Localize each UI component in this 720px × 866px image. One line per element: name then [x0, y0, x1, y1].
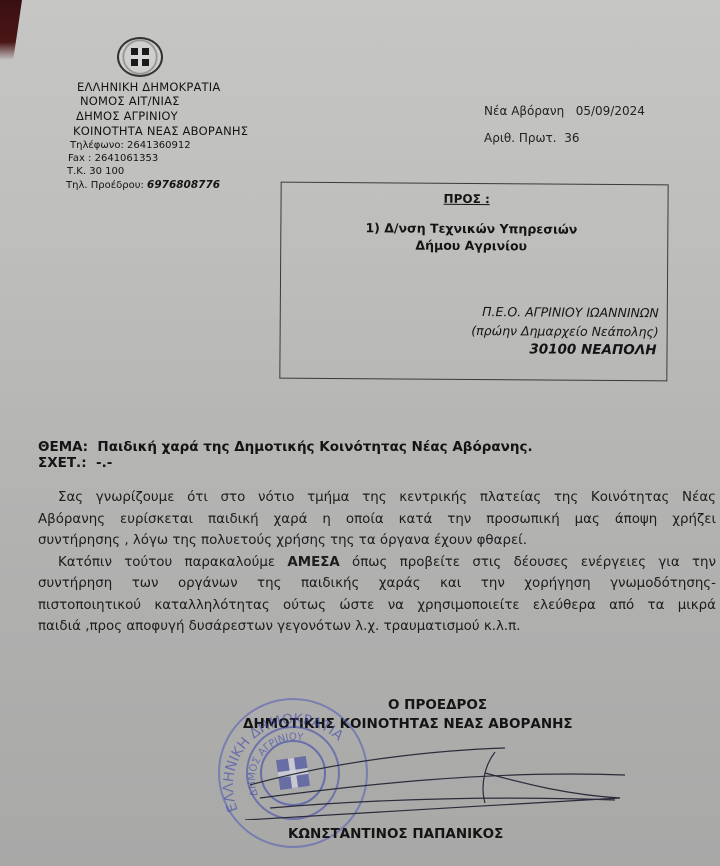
header-line-republic: ΕΛΛΗΝΙΚΗ ΔΗΜΟΚΡΑΤΙΑ — [77, 80, 220, 94]
desk-background-corner — [0, 0, 22, 60]
subject-label: ΘΕΜΑ: — [38, 439, 88, 455]
recipient-line-2: Δήμου Αγρινίου — [341, 237, 601, 254]
body-p2-line-3: πιστοποιητικού καταλληλότητας ούτως ώστε… — [38, 595, 716, 617]
subject-text: Παιδική χαρά της Δημοτικής Κοινότητας Νέ… — [97, 439, 532, 455]
signatory-name: ΚΩΝΣΤΑΝΤΙΝΟΣ ΠΑΠΑΝΙΚΟΣ — [288, 826, 503, 842]
header-fax: Fax : 2641061353 — [68, 153, 158, 164]
header-president-phone: Τηλ. Προέδρου: 6976808776 — [66, 179, 220, 191]
protocol-value: 36 — [564, 131, 579, 145]
greek-coat-of-arms-icon — [117, 37, 163, 77]
recipient-address-1: Π.Ε.Ο. ΑΓΡΙΝΙΟΥ ΙΩΑΝΝΙΝΩΝ — [482, 304, 659, 320]
body-p2-line-2: συντήρηση των οργάνων της παιδικής χαράς… — [38, 573, 716, 595]
protocol-label: Αριθ. Πρωτ. — [484, 131, 557, 145]
protocol-number: Αριθ. Πρωτ. 36 — [484, 131, 580, 145]
recipient-box: ΠΡΟΣ : 1) Δ/νση Τεχνικών Υπηρεσιών Δήμου… — [279, 182, 668, 382]
body-p2-before: Κατόπιν τούτου παρακαλούμε — [58, 555, 287, 570]
body-p2-after: όπως προβείτε στις δέουσες ενέργειες για… — [340, 555, 716, 570]
recipient-heading: ΠΡΟΣ : — [444, 192, 490, 206]
body-p1-line-2: Αβόρανης ευρίσκεται παιδική χαρά η οποία… — [38, 509, 716, 531]
recipient-line-1: 1) Δ/νση Τεχνικών Υπηρεσιών — [341, 220, 601, 237]
recipient-address-3: 30100 ΝΕΑΠΟΛΗ — [529, 341, 656, 358]
body-p2-emphasis: ΑΜΕΣΑ — [287, 555, 339, 570]
handwritten-signature — [240, 740, 640, 820]
header-phone: Τηλέφωνο: 2641360912 — [70, 140, 191, 151]
document-page: ΕΛΛΗΝΙΚΗ ΔΗΜΟΚΡΑΤΙΑ ΝΟΜΟΣ ΑΙΤ/ΝΙΑΣ ΔΗΜΟΣ… — [0, 0, 720, 866]
signature-title: Ο ΠΡΟΕΔΡΟΣ — [388, 697, 487, 713]
reference-label: ΣΧΕΤ.: — [38, 455, 87, 471]
recipient-address-2: (πρώην Δημαρχείο Νεάπολης) — [471, 323, 658, 339]
place: Νέα Αβόρανη — [484, 104, 564, 118]
reference-line: ΣΧΕΤ.: -.- — [38, 455, 112, 471]
header-line-municipality: ΔΗΜΟΣ ΑΓΡΙΝΙΟΥ — [76, 109, 178, 123]
date: 05/09/2024 — [576, 104, 645, 118]
body-p2-line-4: παιδιά ,προς αποφυγή δυσάρεστων γεγονότω… — [38, 616, 716, 638]
body-p1-line-3: συντήρησης , λόγω της πολυετούς χρήσης τ… — [38, 530, 716, 552]
letter-body: Σας γνωρίζουμε ότι στο νότιο τμήμα της κ… — [38, 487, 716, 638]
body-p1-line-1: Σας γνωρίζουμε ότι στο νότιο τμήμα της κ… — [38, 487, 716, 509]
header-line-prefecture: ΝΟΜΟΣ ΑΙΤ/ΝΙΑΣ — [80, 94, 180, 108]
header-postal-code: Τ.Κ. 30 100 — [67, 166, 124, 177]
president-phone-number: 6976808776 — [147, 179, 220, 191]
president-phone-label: Τηλ. Προέδρου: — [66, 180, 147, 191]
place-date: Νέα Αβόρανη 05/09/2024 — [484, 104, 645, 118]
body-p2-line-1: Κατόπιν τούτου παρακαλούμε ΑΜΕΣΑ όπως πρ… — [38, 552, 716, 574]
reference-text: -.- — [96, 455, 112, 471]
header-line-community: ΚΟΙΝΟΤΗΤΑ ΝΕΑΣ ΑΒΟΡΑΝΗΣ — [73, 124, 248, 138]
subject-line: ΘΕΜΑ: Παιδική χαρά της Δημοτικής Κοινότη… — [38, 439, 533, 455]
